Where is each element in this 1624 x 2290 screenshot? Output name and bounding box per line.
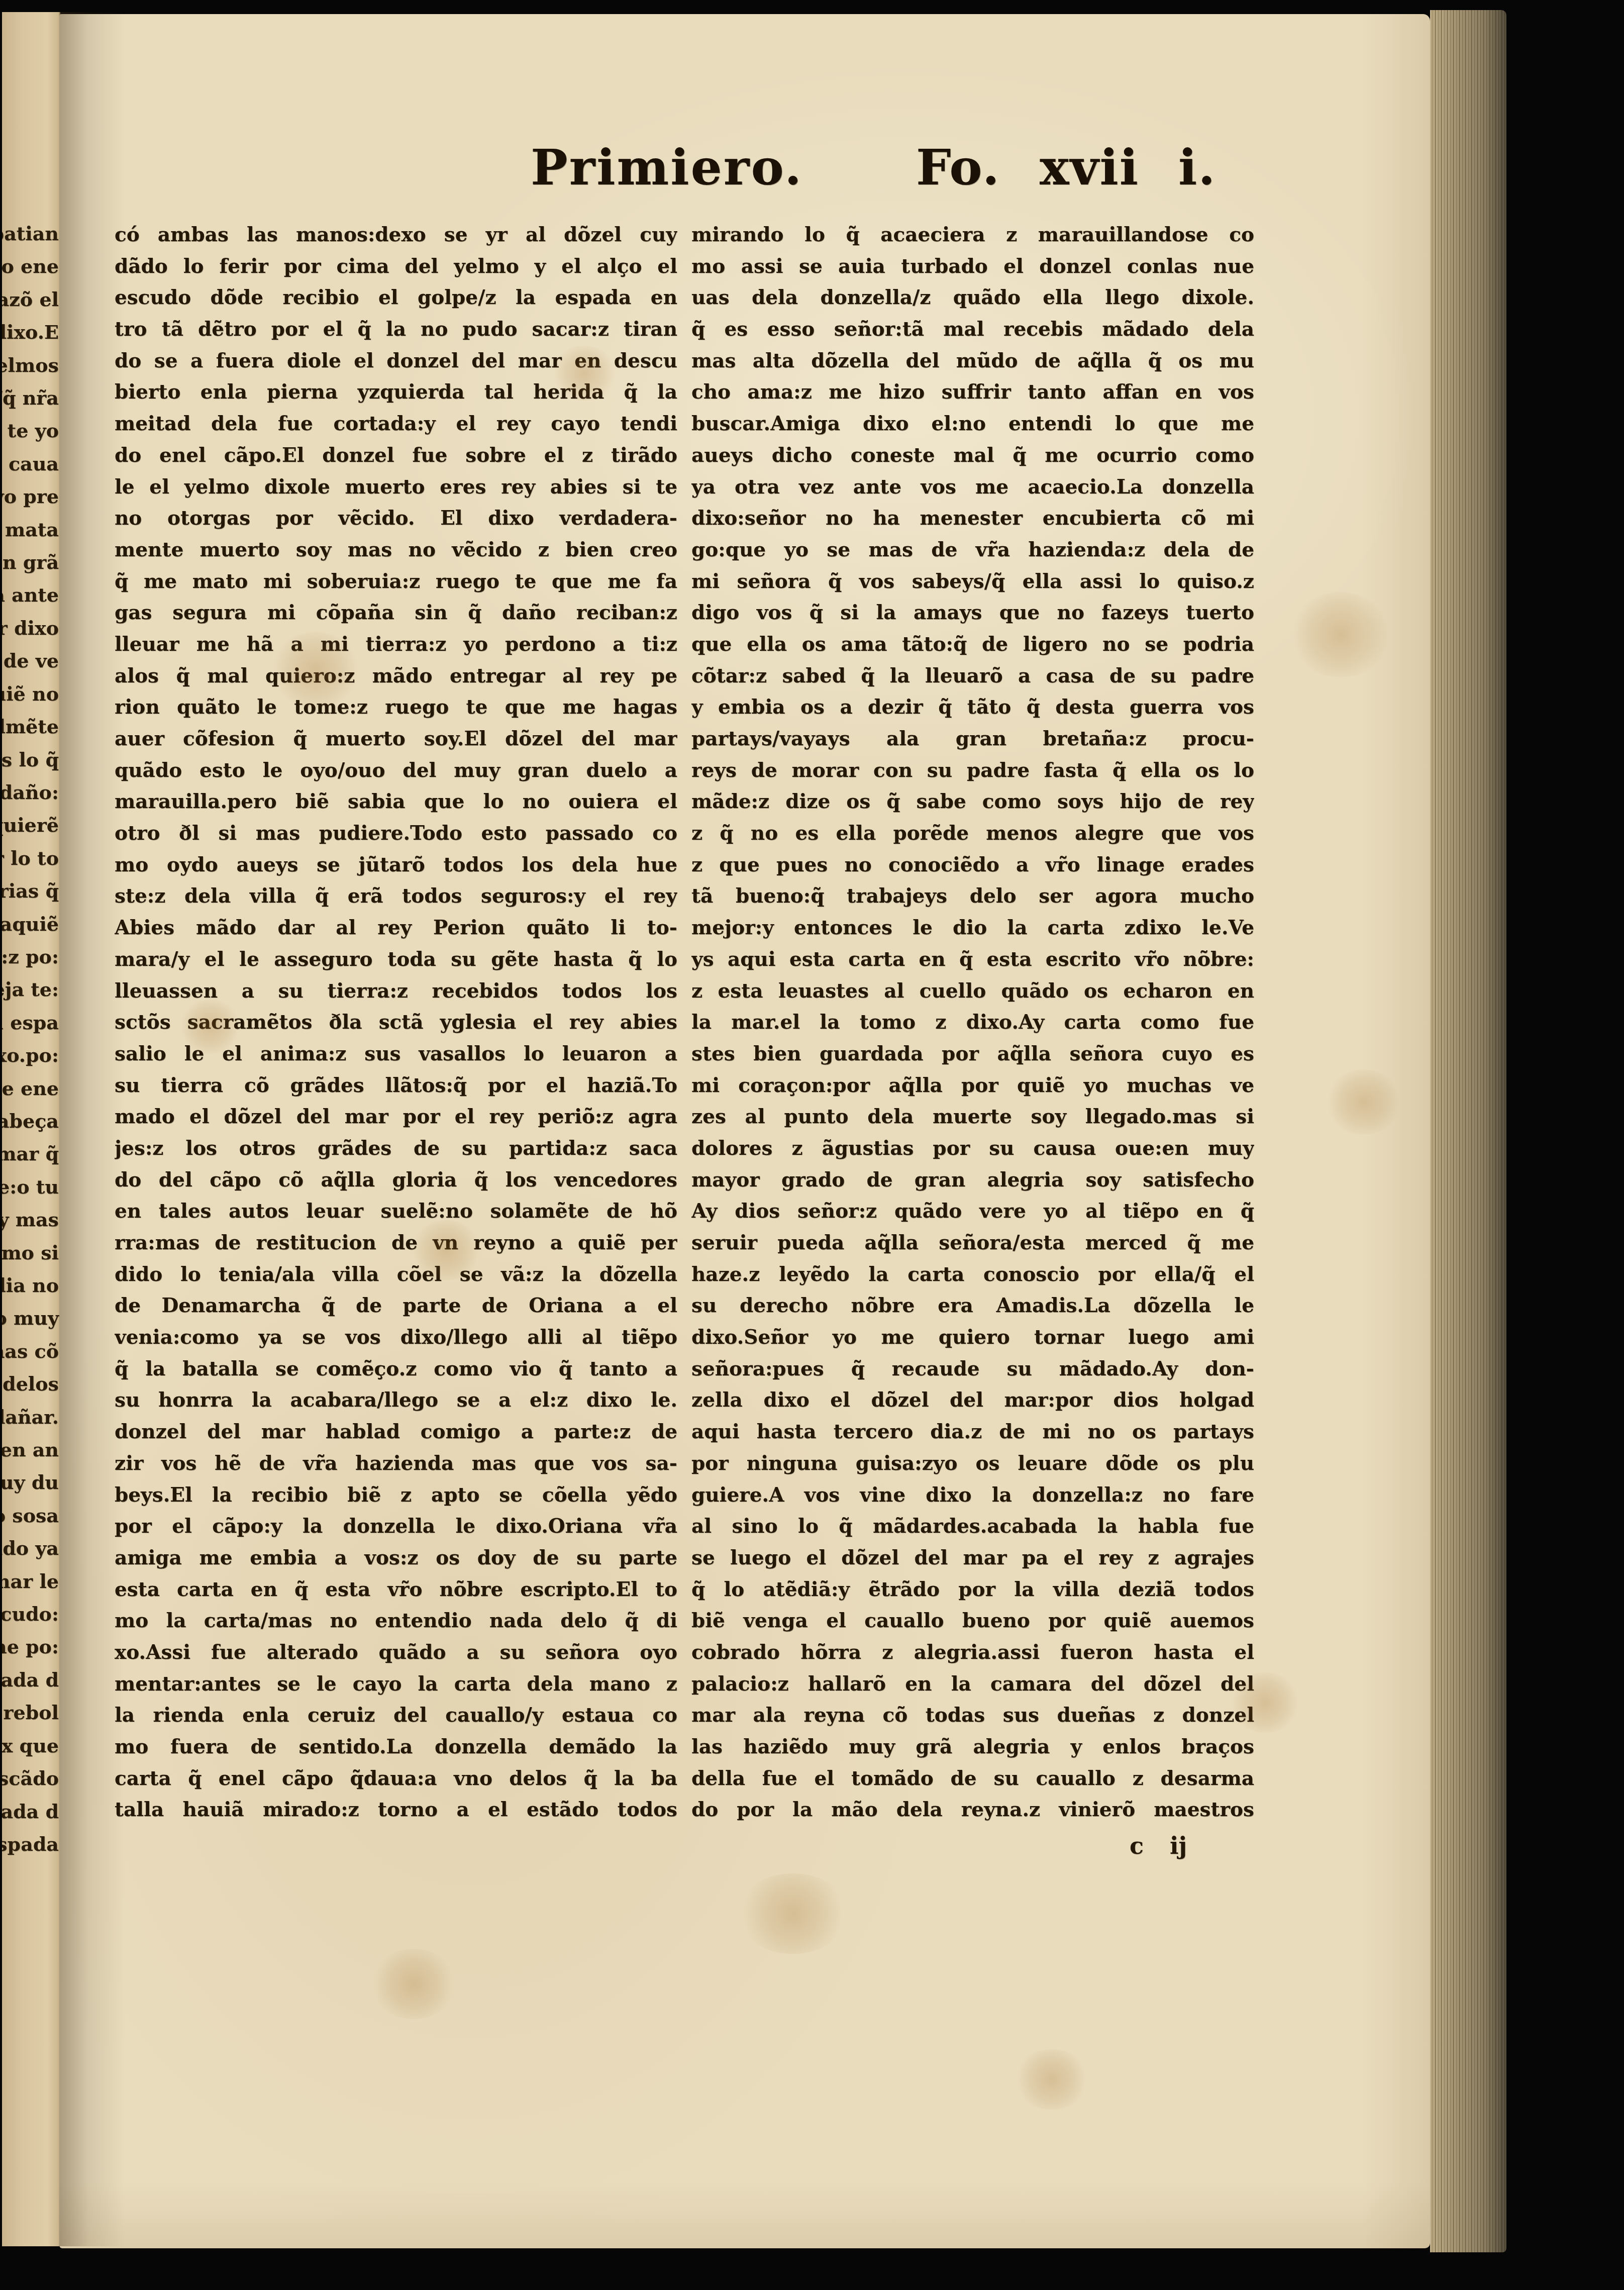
text-line: palacio:z hallarõ en la camara del dõzel… xyxy=(691,1668,1254,1700)
text-line: todo sosa xyxy=(2,1499,59,1532)
text-line: te pone ene xyxy=(2,1072,59,1105)
text-line: y embia os a dezir q̃ tãto q̃ desta guer… xyxy=(691,691,1254,723)
text-line: mayor grado de gran alegria soy satisfec… xyxy=(691,1164,1254,1196)
text-line: escudo dõde recibio el golpe/z la espada… xyxy=(115,282,677,314)
text-line: ys aqui esta carta en q̃ esta escrito vr… xyxy=(691,944,1254,975)
text-line: cõtar:z sabed q̃ la lleuarõ a casa de su… xyxy=(691,660,1254,692)
text-line: venia:como ya se vos dixo/llego alli al … xyxy=(115,1322,677,1353)
text-line: seruir pueda aq̃lla señora/esta merced q… xyxy=(691,1227,1254,1259)
text-line: acarne po: xyxy=(2,1630,59,1663)
text-line: de te yo pre xyxy=(2,480,59,513)
text-line: las haziẽdo muy grã alegria y enlos braç… xyxy=(691,1731,1254,1763)
text-line: go:que yo se mas de vr̃a hazienda:z dela… xyxy=(691,534,1254,566)
text-line: perder lo to xyxy=(2,842,59,874)
text-line: por ninguna guisa:zyo os leuare dõde os … xyxy=(691,1448,1254,1479)
text-line: su tierra cõ grãdes llãtos:q̃ por el haz… xyxy=(115,1070,677,1102)
text-line: biẽ venga el cauallo bueno por quiẽ auem… xyxy=(691,1605,1254,1637)
text-line: q̃ lo atẽdiã:y ẽtrãdo por la villa deziã… xyxy=(691,1574,1254,1606)
text-line: mara/y el le asseguro toda su gẽte hasta… xyxy=(115,944,677,975)
text-line: dido lo tenia/ala villa cõel se vã:z la … xyxy=(115,1259,677,1290)
text-line: apareja te: xyxy=(2,973,59,1006)
text-line: carta q̃ enel cãpo q̃daua:a vno delos q̃… xyxy=(115,1763,677,1795)
text-line: zir vos hẽ de vr̃a hazienda mas que vos … xyxy=(115,1448,677,1479)
text-line: mal:q̃ mata xyxy=(2,513,59,546)
text-line: mo la carta/mas no entendio nada delo q̃… xyxy=(115,1605,677,1637)
text-line: amiga me embia a vos:z os doy de su part… xyxy=(115,1542,677,1574)
text-line: su espada xyxy=(2,1828,59,1860)
text-line: beys.El la recibio biẽ z apto se cõella … xyxy=(115,1479,677,1511)
text-line: Ay dios señor:z quãdo vere yo al tiẽpo e… xyxy=(691,1196,1254,1227)
text-line: a zdixo.po: xyxy=(2,1039,59,1071)
text-line: partays/vayays ala gran bretaña:z procu- xyxy=(691,723,1254,755)
text-line: quãdo esto le oyo/ouo del muy gran duelo… xyxy=(115,755,677,786)
text-line: mar ala reyna cõ todas sus dueñas z donz… xyxy=(691,1700,1254,1731)
text-line: ya otra vez ante vos me acaecio.La donze… xyxy=(691,471,1254,503)
text-line: esta carta en q̃ esta vr̃o nõbre escript… xyxy=(115,1574,677,1606)
text-line: q̃ es esso señor:tã mal recebis mãdado d… xyxy=(691,314,1254,345)
text-line: cobrado hõrra z alegria.assi fueron hast… xyxy=(691,1637,1254,1668)
text-line: mi coraçon:por aq̃lla por quiẽ yo muchas… xyxy=(691,1070,1254,1102)
text-line: stes bien guardada por aq̃lla señora cuy… xyxy=(691,1038,1254,1070)
text-line: dia dañar. xyxy=(2,1401,59,1433)
text-line: s me en grã xyxy=(2,546,59,578)
text-line: z q̃ no es ella porẽde menos alegre que … xyxy=(691,818,1254,849)
text-line: egue:o tu xyxy=(2,1170,59,1203)
running-title: Primiero. xyxy=(531,139,803,196)
text-line: en tales autos leuar suelẽ:no solamẽte d… xyxy=(115,1196,677,1227)
text-line: auer cõfesion q̃ muerto soy.El dõzel del… xyxy=(115,723,677,755)
text-line: nr̃os yelmos xyxy=(2,349,59,381)
text-line: tã bueno:q̃ trabajeys delo ser agora muc… xyxy=(691,880,1254,912)
text-line: buscar.Amiga dixo el:no entendi lo que m… xyxy=(691,408,1254,440)
text-line: salio le el anima:z sus vasallos lo leua… xyxy=(115,1038,677,1070)
text-line: z que pues no conociẽdo a vr̃o linage er… xyxy=(691,849,1254,881)
text-line: donzel del mar hablad comigo a parte:z d… xyxy=(115,1416,677,1448)
text-line: dose delos xyxy=(2,1367,59,1400)
text-line: có ambas las manos:dexo se yr al dõzel c… xyxy=(115,219,677,251)
text-line: que ella os ama tãto:q̃ de ligero no se … xyxy=(691,629,1254,660)
text-line: mãde:z dize os q̃ sabe como soys hijo de… xyxy=(691,786,1254,818)
signature-mark: c ij xyxy=(1130,1832,1187,1859)
text-line: omo su espa xyxy=(2,1006,59,1039)
text-line: q̃ me mato mi soberuia:z ruego te que me… xyxy=(115,566,677,598)
text-line: otro ðl si mas pudiere.Todo esto passado… xyxy=(115,818,677,849)
foxing-stain xyxy=(1014,2049,1089,2110)
text-line: mentar:antes se le cayo la carta dela ma… xyxy=(115,1668,677,1700)
text-line: do enel cãpo.El donzel fue sobre el z ti… xyxy=(115,440,677,471)
text-line: zia en an xyxy=(2,1433,59,1466)
text-line: del mar dixo xyxy=(2,612,59,644)
text-line: a z dixo.E xyxy=(2,316,59,348)
text-line: por el cãpo:y la donzella le dixo.Oriana… xyxy=(115,1511,677,1542)
text-line: dẽ:mas lo q̃ xyxy=(2,743,59,776)
text-line: mirando lo q̃ acaeciera z marauillandose… xyxy=(691,219,1254,251)
text-line: rra:mas de restitucion de vn reyno a qui… xyxy=(115,1227,677,1259)
text-line: mo assi se auia turbado el donzel conlas… xyxy=(691,251,1254,282)
text-line: r muy du xyxy=(2,1466,59,1499)
text-line: e q̃ el daño: xyxy=(2,776,59,809)
text-line: el escudo: xyxy=(2,1598,59,1630)
text-line: la cabeça xyxy=(2,1105,59,1137)
text-line: no otorgas por vẽcido. El dixo verdadera… xyxy=(115,503,677,534)
text-line: mejor:y entonces le dio la carta zdixo l… xyxy=(691,912,1254,944)
text-line: uas dela donzella/z quãdo ella llego dix… xyxy=(691,282,1254,314)
facing-page-text: e cõbatianna puso eneesta sazõ ela z dix… xyxy=(2,217,59,1860)
text-line: ra q̃rrias q̃ xyxy=(2,874,59,907)
text-line: lleuar me hã a mi tierra:z yo perdono a … xyxy=(115,629,677,660)
text-line: como muy xyxy=(2,1302,59,1334)
text-line: alos q̃ mal quiero:z mãdo entregar al re… xyxy=(115,660,677,692)
text-column-right: mirando lo q̃ acaeciera z marauillandose… xyxy=(691,219,1254,1826)
text-line: guiere.A vos vine dixo la donzella:z no … xyxy=(691,1479,1254,1511)
text-line: do del cãpo cõ aq̃lla gloria q̃ los venc… xyxy=(115,1164,677,1196)
text-line: talla hauiã mirado:z torno a el estãdo t… xyxy=(115,1794,677,1826)
text-line: ça z no de ve xyxy=(2,644,59,677)
text-line: haze.z leyẽdo la carta conoscio por ella… xyxy=(691,1259,1254,1290)
text-line: na puso ene xyxy=(2,250,59,282)
text-line: aqui hasta tercero dia.z de mi no os par… xyxy=(691,1416,1254,1448)
text-line: sctõs sacramẽtos ðla sctã yglesia el rey… xyxy=(115,1007,677,1038)
text-line: s armas cõ xyxy=(2,1335,59,1367)
text-line: meitad dela fue cortada:y el rey cayo te… xyxy=(115,408,677,440)
text-line: e cõbatian xyxy=(2,217,59,250)
text-line: bierto enla pierna yzquierda tal herida … xyxy=(115,376,677,408)
fore-edge-pages xyxy=(1430,10,1506,2252)
foxing-stain xyxy=(738,1873,848,1954)
text-line: Abies mãdo dar al rey Perion quãto li to… xyxy=(115,912,677,944)
text-line: mo oydo aueys se jũtarõ todos los dela h… xyxy=(115,849,677,881)
text-line: l del mar le xyxy=(2,1565,59,1598)
text-line: do se a fuera diole el donzel del mar en… xyxy=(115,345,677,377)
text-line: batalla ante xyxy=(2,578,59,611)
text-line: mado el dõzel del mar por el rey periõ:z… xyxy=(115,1101,677,1133)
text-line: señora:pues q̃ recaude su mãdado.Ay don- xyxy=(691,1353,1254,1385)
text-line: mi señora q̃ vos sabeys/q̃ ella assi lo … xyxy=(691,566,1254,598)
text-line: mal aquiẽ no xyxy=(2,677,59,710)
text-line: su honrra la acabara/llego se a el:z dix… xyxy=(115,1384,677,1416)
text-line: dolores z ãgustias por su causa oue:en m… xyxy=(691,1133,1254,1164)
text-line: cho ama:z me hizo suffrir tanto affan en… xyxy=(691,376,1254,408)
foxing-stain xyxy=(371,1949,456,2019)
text-line: jes:z los otros grãdes de su partida:z s… xyxy=(115,1133,677,1164)
text-line: diendo ya xyxy=(2,1532,59,1564)
text-line: xo.Assi fue alterado quãdo a su señora o… xyxy=(115,1637,677,1668)
text-line: q̃ la batalla se comẽço.z como vio q̃ ta… xyxy=(115,1353,677,1385)
text-line: dãdo lo ferir por cima del yelmo y el al… xyxy=(115,251,677,282)
text-line: do por la mão dela reyna.z vinierõ maest… xyxy=(691,1794,1254,1826)
text-line: uier q̃ te yo xyxy=(2,414,59,447)
text-line: aueys dicho coneste mal q̃ me ocurrio co… xyxy=(691,440,1254,471)
text-line: buscãdo xyxy=(2,1762,59,1795)
foxing-stain xyxy=(1290,592,1391,677)
text-line: se luego el dõzel del mar pa el rey z ag… xyxy=(691,1542,1254,1574)
page: Primiero. Fo. xvii i. có ambas las manos… xyxy=(59,14,1430,2248)
text-column-left: có ambas las manos:dexo se yr al dõzel c… xyxy=(115,219,677,1826)
text-line: tro tã dẽtro por el q̃ la no pudo sacar:… xyxy=(115,314,677,345)
text-line: zes al punto dela muerte soy llegado.mas… xyxy=(691,1101,1254,1133)
text-line: spada d xyxy=(2,1663,59,1696)
text-line: mas alta dõzella del mũdo de aq̃lla q̃ o… xyxy=(691,345,1254,377)
text-line: dixo.Señor yo me quiero tornar luego ami xyxy=(691,1322,1254,1353)
facing-page-edge: e cõbatianna puso eneesta sazõ ela z dix… xyxy=(2,12,60,2246)
text-line: la rienda enla ceruiz del cauallo/y esta… xyxy=(115,1700,677,1731)
folio-number: Fo. xvii i. xyxy=(916,139,1216,196)
text-line: la mar.el la tomo z dixo.Ay carta como f… xyxy=(691,1007,1254,1038)
text-line: gas segura mi cõpaña sin q̃ daño reciban… xyxy=(115,597,677,629)
text-line: le el yelmo dixole muerto eres rey abies… xyxy=(115,471,677,503)
text-line: reys de morar con su padre fasta q̃ ella… xyxy=(691,755,1254,786)
text-line: esta sazõ el xyxy=(2,283,59,316)
text-line: poco/q̃ nr̃a xyxy=(2,381,59,414)
text-line: z esta leuastes al cuello quãdo os echar… xyxy=(691,975,1254,1007)
text-line: della fue el tomãdo de su cauallo z desa… xyxy=(691,1763,1254,1795)
text-line: otros aquiẽ xyxy=(2,908,59,940)
text-line: espada d xyxy=(2,1795,59,1828)
text-line: x que xyxy=(2,1729,59,1762)
text-line: zella dixo el dõzel del mar:por dios hol… xyxy=(691,1384,1254,1416)
text-line: ningũ caua xyxy=(2,447,59,480)
text-line: mente muerto soy mas no vẽcido z bien cr… xyxy=(115,534,677,566)
text-line: ste:z dela villa q̃ erã todos seguros:y … xyxy=(115,880,677,912)
text-line: digo vos q̃ si la amays que no fazeys tu… xyxy=(691,597,1254,629)
text-line: iauas:z po: xyxy=(2,940,59,973)
text-line: dixo:señor no ha menester encubierta cõ … xyxy=(691,503,1254,534)
text-line: a se rebol xyxy=(2,1696,59,1729)
text-line: specialmẽte xyxy=(2,710,59,743)
text-line: de Denamarcha q̃ de parte de Oriana a el xyxy=(115,1290,677,1322)
text-line: lleuassen a su tierra:z recebidos todos … xyxy=(115,975,677,1007)
text-line: mo fuera de sentido.La donzella demãdo l… xyxy=(115,1731,677,1763)
text-line: an como si xyxy=(2,1236,59,1269)
text-line: quel dia no xyxy=(2,1269,59,1302)
text-line: cierõ quierẽ xyxy=(2,809,59,841)
text-line: su derecho nõbre era Amadis.La dõzella l… xyxy=(691,1290,1254,1322)
foxing-stain xyxy=(1326,1069,1401,1135)
text-line: rion quãto le tome:z ruego te que me hag… xyxy=(115,691,677,723)
book-scan: { "colors": { "background": "#060606", "… xyxy=(0,0,1624,2290)
text-line: al sino lo q̃ mãdardes.acabada la habla … xyxy=(691,1511,1254,1542)
text-line: marauilla.pero biẽ sabia que lo no ouier… xyxy=(115,786,677,818)
text-line: muy mas xyxy=(2,1203,59,1236)
text-line: del mar q̃ xyxy=(2,1137,59,1170)
